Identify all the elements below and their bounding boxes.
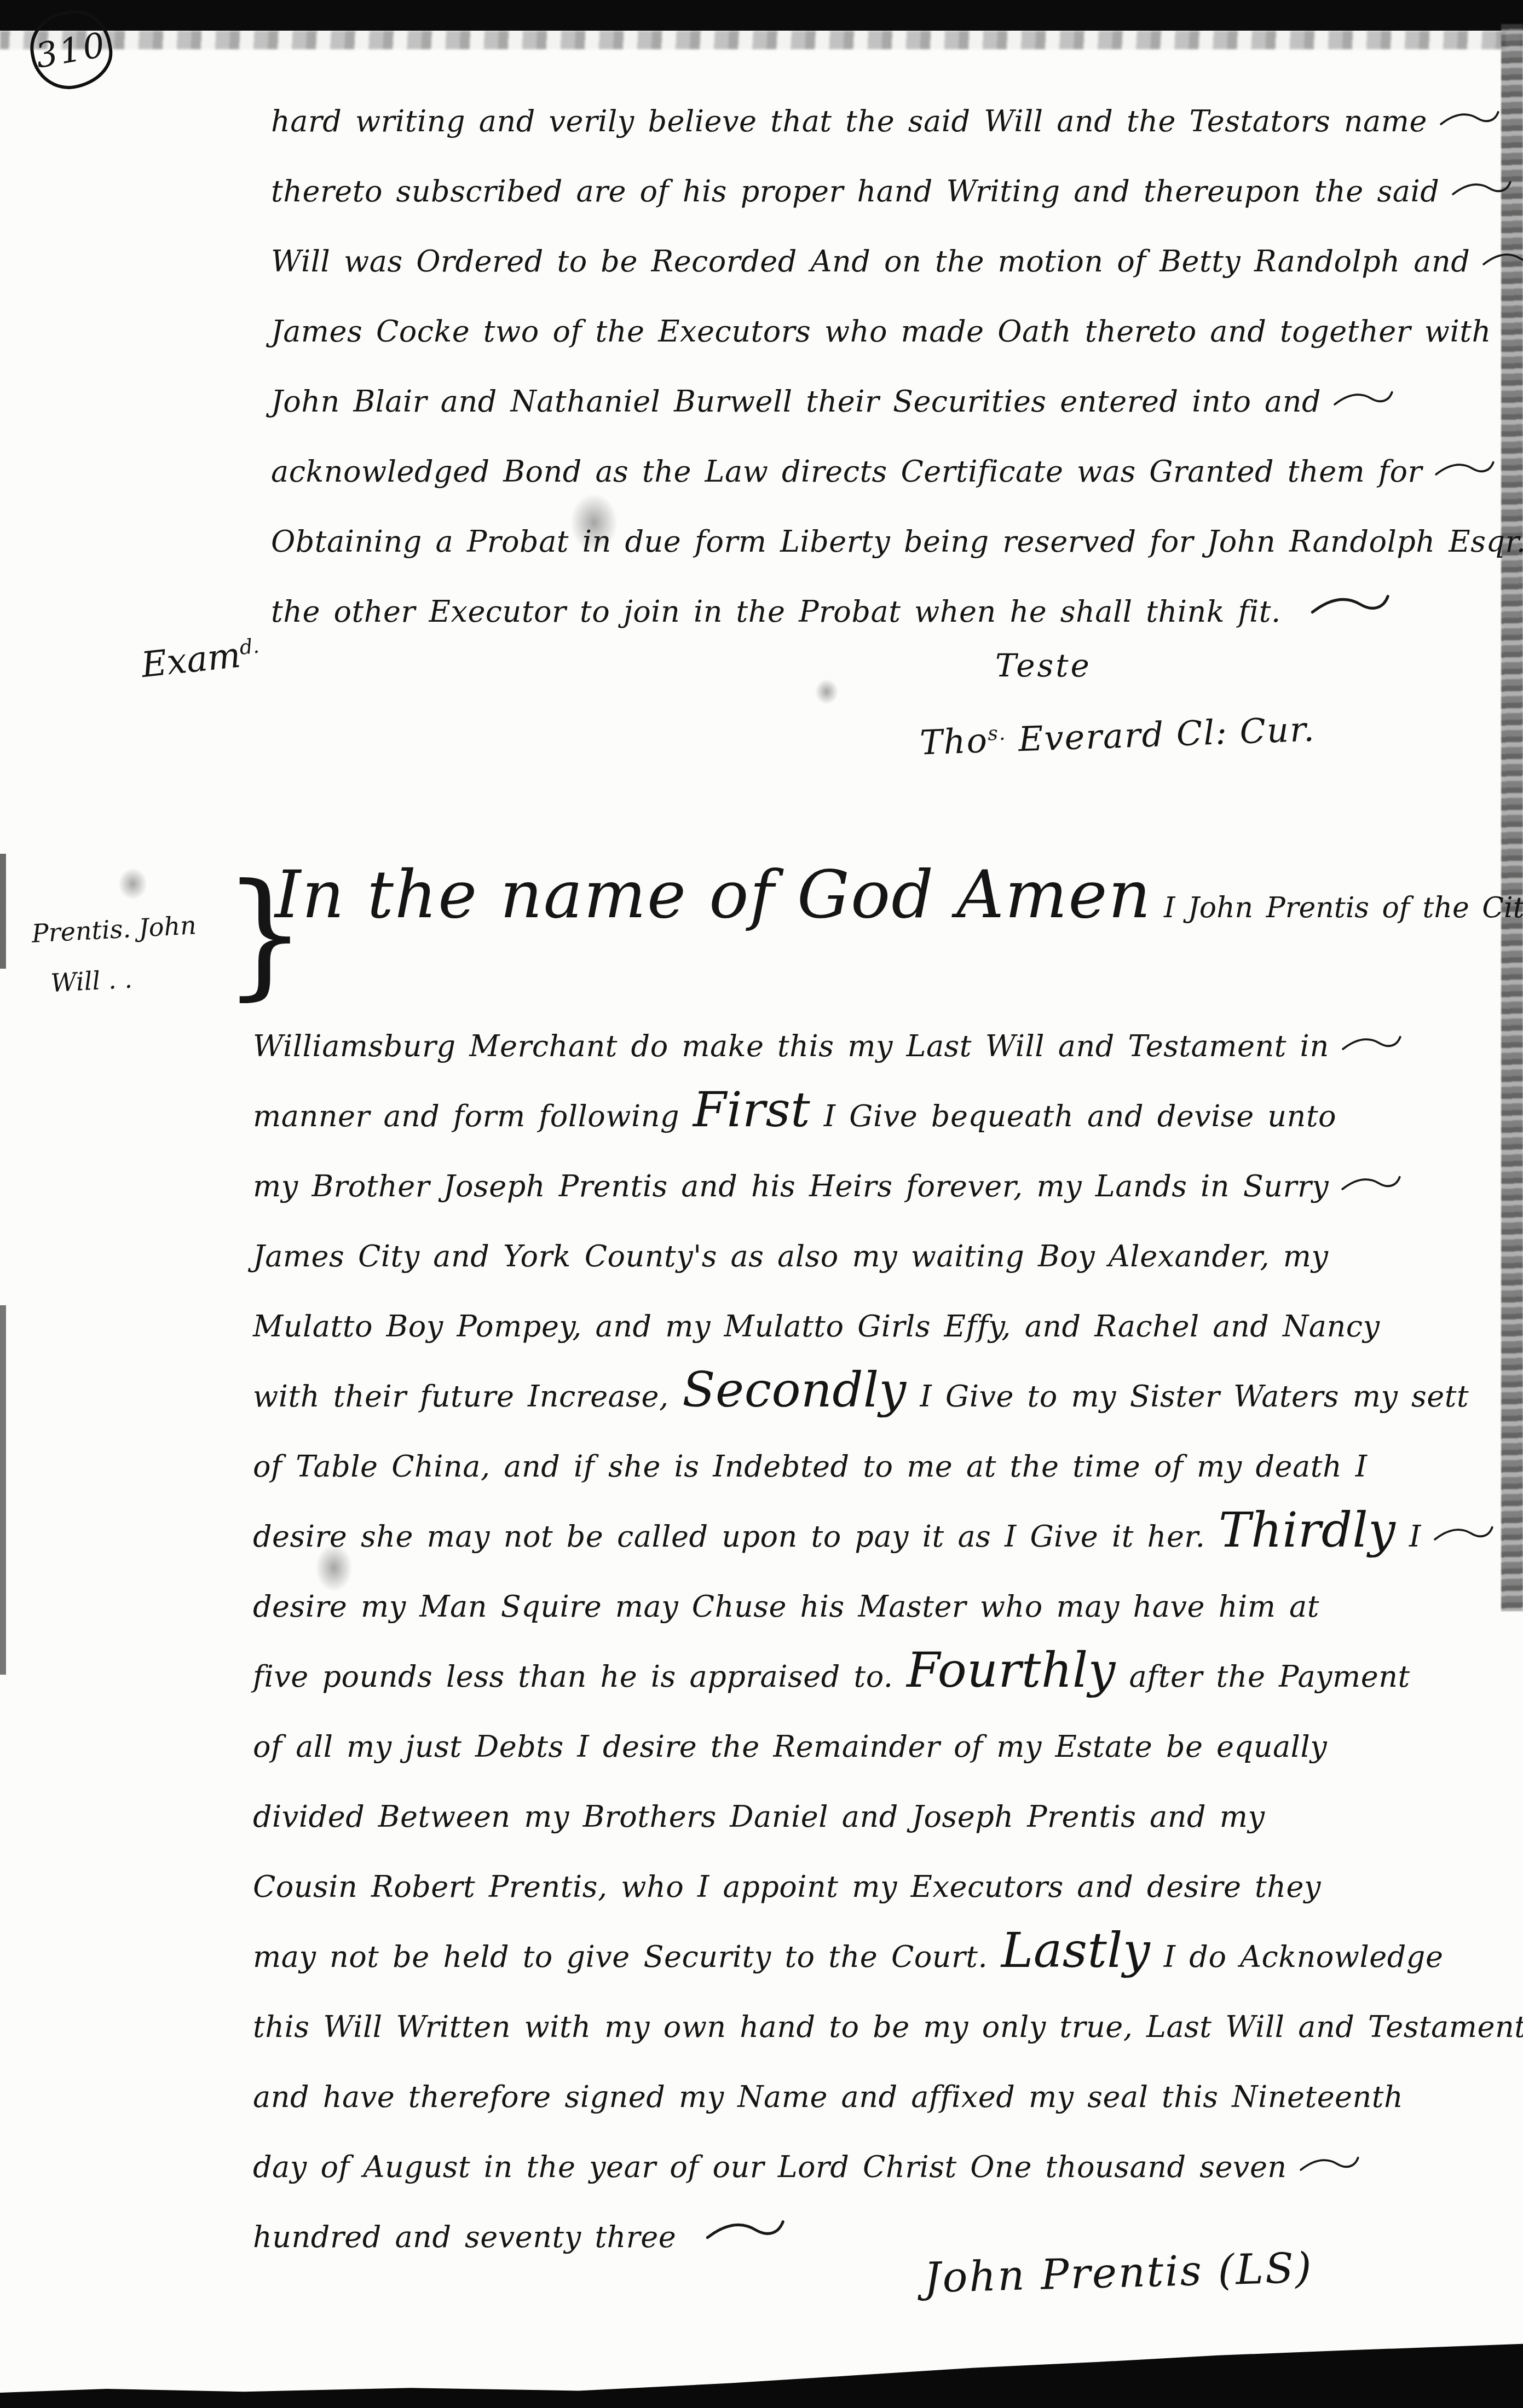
- manuscript-line: the other Executor to join in the Probat…: [271, 577, 1523, 647]
- manuscript-line: Mulatto Boy Pompey, and my Mulatto Girls…: [253, 1292, 1523, 1362]
- line-text: hundred and seventy three: [253, 2220, 676, 2254]
- emphasized-word: Thirdly: [1219, 1502, 1395, 1558]
- line-text: of Table China, and if she is Indebted t…: [253, 1449, 1368, 1484]
- manuscript-line: Obtaining a Probat in due form Liberty b…: [271, 507, 1523, 577]
- line-text: day of August in the year of our Lord Ch…: [253, 2150, 1287, 2184]
- line-text: Cousin Robert Prentis, who I appoint my …: [253, 1869, 1321, 1904]
- scan-edge-top-fade: [0, 31, 1523, 49]
- will-heading: In the name of God AmenI John Prentis of…: [275, 857, 1523, 933]
- pen-flourish: [1341, 1172, 1402, 1196]
- margin-note: Prentis. John Will . .: [30, 900, 200, 1009]
- will-heading-continuation: I John Prentis of the City of: [1164, 892, 1523, 924]
- pen-flourish: [1299, 2153, 1360, 2177]
- line-text: divided Between my Brothers Daniel and J…: [253, 1799, 1265, 1834]
- line-text: I do Acknowledge: [1150, 1940, 1443, 1974]
- line-text: I Give to my Sister Waters my sett: [907, 1379, 1469, 1414]
- line-text: I Give bequeath and devise unto: [810, 1099, 1336, 1133]
- scan-edge-bottom: [0, 2312, 1523, 2408]
- manuscript-line: five pounds less than he is appraised to…: [253, 1642, 1523, 1712]
- manuscript-line: with their future Increase, Secondly I G…: [253, 1362, 1523, 1432]
- line-text: five pounds less than he is appraised to…: [253, 1659, 907, 1694]
- will-body: Williamsburg Merchant do make this my La…: [253, 1011, 1523, 2272]
- line-text: John Blair and Nathaniel Burwell their S…: [271, 384, 1321, 419]
- line-text: thereto subscribed are of his proper han…: [271, 174, 1439, 209]
- line-text: this Will Written with my own hand to be…: [253, 2010, 1523, 2044]
- line-text: and have therefore signed my Name and af…: [253, 2080, 1403, 2114]
- pen-flourish: [1434, 458, 1496, 482]
- probate-paragraph: hard writing and verily believe that the…: [271, 86, 1523, 647]
- margin-note-line1: Prentis. John: [30, 900, 198, 959]
- manuscript-line: and have therefore signed my Name and af…: [253, 2062, 1523, 2132]
- pen-flourish: [1433, 1523, 1495, 1547]
- manuscript-line: desire she may not be called upon to pay…: [253, 1502, 1523, 1572]
- emphasized-word: Secondly: [682, 1362, 907, 1418]
- line-text: I: [1395, 1519, 1421, 1554]
- testator-signature: John Prentis (LS): [924, 2243, 1314, 2302]
- paper-stain: [815, 679, 839, 705]
- line-text: Obtaining a Probat in due form Liberty b…: [271, 524, 1523, 559]
- manuscript-line: of all my just Debts I desire the Remain…: [253, 1712, 1523, 1782]
- pen-flourish: [1439, 107, 1501, 131]
- manuscript-line: may not be held to give Security to the …: [253, 1922, 1523, 1992]
- manuscript-line: John Blair and Nathaniel Burwell their S…: [271, 367, 1523, 437]
- pen-flourish: [1293, 590, 1408, 622]
- line-text: Mulatto Boy Pompey, and my Mulatto Girls…: [253, 1309, 1380, 1344]
- scan-edge-left: [0, 854, 6, 1675]
- line-text: my Brother Joseph Prentis and his Heirs …: [253, 1169, 1329, 1203]
- examined-superscript: d.: [239, 634, 261, 659]
- page-number: 310: [32, 24, 109, 76]
- paper-stain: [118, 867, 148, 900]
- manuscript-line: divided Between my Brothers Daniel and J…: [253, 1782, 1523, 1852]
- manuscript-page: 310 hard writing and verily believe that…: [0, 0, 1523, 2408]
- line-text: Will was Ordered to be Recorded And on t…: [271, 244, 1470, 279]
- line-text: the other Executor to join in the Probat…: [271, 594, 1281, 629]
- manuscript-line: day of August in the year of our Lord Ch…: [253, 2132, 1523, 2202]
- emphasized-word: Lastly: [1001, 1922, 1150, 1978]
- teste-label: Teste: [995, 647, 1092, 684]
- clerk-superscript: s.: [988, 722, 1007, 745]
- examined-text: Exam: [140, 635, 243, 686]
- manuscript-line: of Table China, and if she is Indebted t…: [253, 1432, 1523, 1502]
- manuscript-line: James Cocke two of the Executors who mad…: [271, 297, 1523, 367]
- line-text: acknowledged Bond as the Law directs Cer…: [271, 454, 1422, 489]
- line-text: manner and form following: [253, 1099, 693, 1133]
- manuscript-line: acknowledged Bond as the Law directs Cer…: [271, 437, 1523, 507]
- manuscript-line: hundred and seventy three: [253, 2202, 1523, 2272]
- line-text: desire my Man Squire may Chuse his Maste…: [253, 1589, 1319, 1624]
- manuscript-line: this Will Written with my own hand to be…: [253, 1992, 1523, 2062]
- manuscript-line: desire my Man Squire may Chuse his Maste…: [253, 1572, 1523, 1642]
- scan-edge-top: [0, 0, 1523, 31]
- manuscript-line: my Brother Joseph Prentis and his Heirs …: [253, 1151, 1523, 1222]
- line-text: desire she may not be called upon to pay…: [253, 1519, 1219, 1554]
- clerk-name-start: Tho: [919, 720, 989, 762]
- manuscript-line: Williamsburg Merchant do make this my La…: [253, 1011, 1523, 1081]
- manuscript-line: hard writing and verily believe that the…: [271, 86, 1523, 157]
- clerk-signature: Thos. Everard Cl: Cur.: [919, 709, 1316, 762]
- line-text: Williamsburg Merchant do make this my La…: [253, 1029, 1329, 1063]
- manuscript-line: James City and York County's as also my …: [253, 1222, 1523, 1292]
- pen-flourish: [1341, 1032, 1403, 1056]
- pen-flourish: [1451, 177, 1513, 201]
- margin-note-line2: Will . .: [33, 950, 200, 1009]
- manuscript-line: Cousin Robert Prentis, who I appoint my …: [253, 1852, 1523, 1922]
- clerk-name-rest: Everard Cl: Cur.: [1006, 709, 1316, 760]
- pen-flourish: [1482, 247, 1523, 271]
- line-text: with their future Increase,: [253, 1379, 682, 1414]
- line-text: of all my just Debts I desire the Remain…: [253, 1729, 1327, 1764]
- pen-flourish: [1333, 387, 1394, 412]
- line-text: after the Payment: [1116, 1659, 1410, 1694]
- line-text: hard writing and verily believe that the…: [271, 104, 1427, 138]
- manuscript-line: thereto subscribed are of his proper han…: [271, 157, 1523, 227]
- manuscript-line: manner and form following First I Give b…: [253, 1081, 1523, 1151]
- examined-note: Examd.: [140, 633, 262, 686]
- emphasized-word: Fourthly: [907, 1642, 1116, 1698]
- will-heading-invocation: In the name of God Amen: [275, 857, 1152, 933]
- manuscript-line: Will was Ordered to be Recorded And on t…: [271, 227, 1523, 297]
- line-text: James Cocke two of the Executors who mad…: [271, 314, 1491, 349]
- line-text: James City and York County's as also my …: [253, 1239, 1328, 1274]
- pen-flourish: [688, 2215, 803, 2247]
- emphasized-word: First: [693, 1081, 810, 1138]
- line-text: may not be held to give Security to the …: [253, 1940, 1001, 1974]
